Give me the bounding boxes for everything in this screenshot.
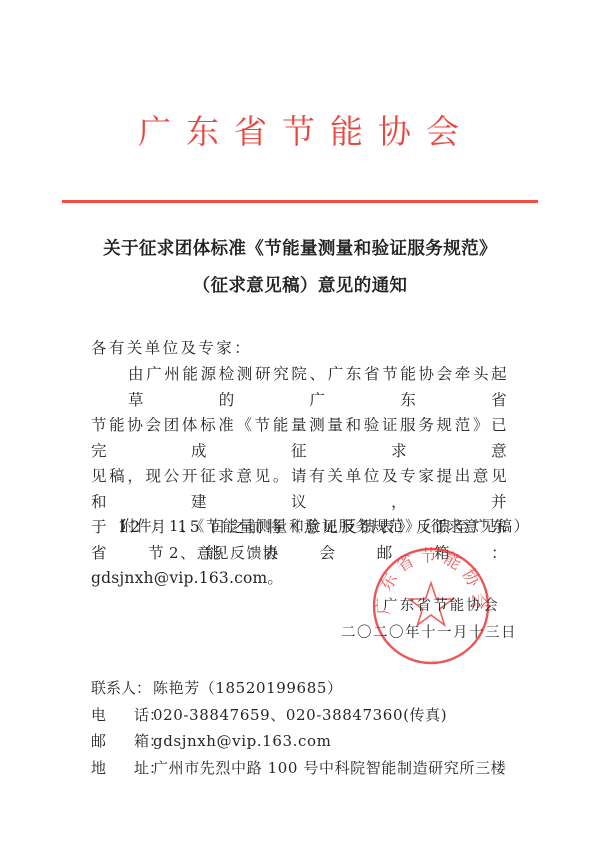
attachment-item: 2、意见反馈表 [120,540,530,567]
document-title-line-2: （征求意见稿）意见的通知 [0,272,600,297]
attachment-item: 附件：1、《节能量测量和验证服务规范》（征求意见稿） [120,513,530,540]
document-title-line-1: 关于征求团体标准《节能量测量和验证服务规范》 [0,235,600,260]
letterhead-divider [62,200,538,203]
signature-organization: 广东省节能协会 [383,594,500,615]
salutation: 各有关单位及专家： [91,336,509,362]
contact-phone-row: 电话：020-38847659、020-38847360(传真) [91,702,506,729]
phone-label-a: 电 [91,706,106,724]
contact-person-row: 联系人：陈艳芳（18520199685） [91,675,506,702]
paragraph-line: 见稿，现公开征求意见。请有关单位及专家提出意见和建议，并 [91,464,509,515]
attachments-list: 附件：1、《节能量测量和验证服务规范》（征求意见稿） 2、意见反馈表 [120,513,530,567]
signature-date: 二〇二〇年十一月十三日 [341,621,517,642]
attachment-1: 1、《节能量测量和验证服务规范》（征求意见稿） [169,517,530,535]
document-page: 广东省节能协会 关于征求团体标准《节能量测量和验证服务规范》 （征求意见稿）意见… [0,0,600,848]
contact-person-label: 联系人： [91,675,153,702]
contact-address-value: 广州市先烈中路 100 号中科院智能制造研究所三楼 [153,759,506,777]
contact-phone-value: 020-38847659、020-38847360(传真) [153,706,447,724]
contact-info: 联系人：陈艳芳（18520199685） 电话：020-38847659、020… [91,675,506,781]
address-label-a: 地 [91,759,106,777]
attachment-2: 2、意见反馈表 [169,544,280,562]
contact-email-row: 邮箱：gdsjnxh@vip.163.com [91,728,506,755]
contact-address-row: 地址：广州市先烈中路 100 号中科院智能制造研究所三楼 [91,755,506,782]
letterhead-title: 广东省节能协会 [0,112,600,152]
attachments-label: 附件： [120,513,169,540]
paragraph-line-email: gdsjnxh@vip.163.com。 [91,566,509,592]
paragraph-line: 节能协会团体标准《节能量测量和验证服务规范》已完成征求意 [91,413,509,464]
contact-person-value: 陈艳芳（18520199685） [153,679,343,697]
email-label-a: 邮 [91,732,106,750]
paragraph-line: 由广州能源检测研究院、广东省节能协会牵头起草的广东省 [91,362,509,413]
contact-email-value[interactable]: gdsjnxh@vip.163.com [153,732,331,750]
